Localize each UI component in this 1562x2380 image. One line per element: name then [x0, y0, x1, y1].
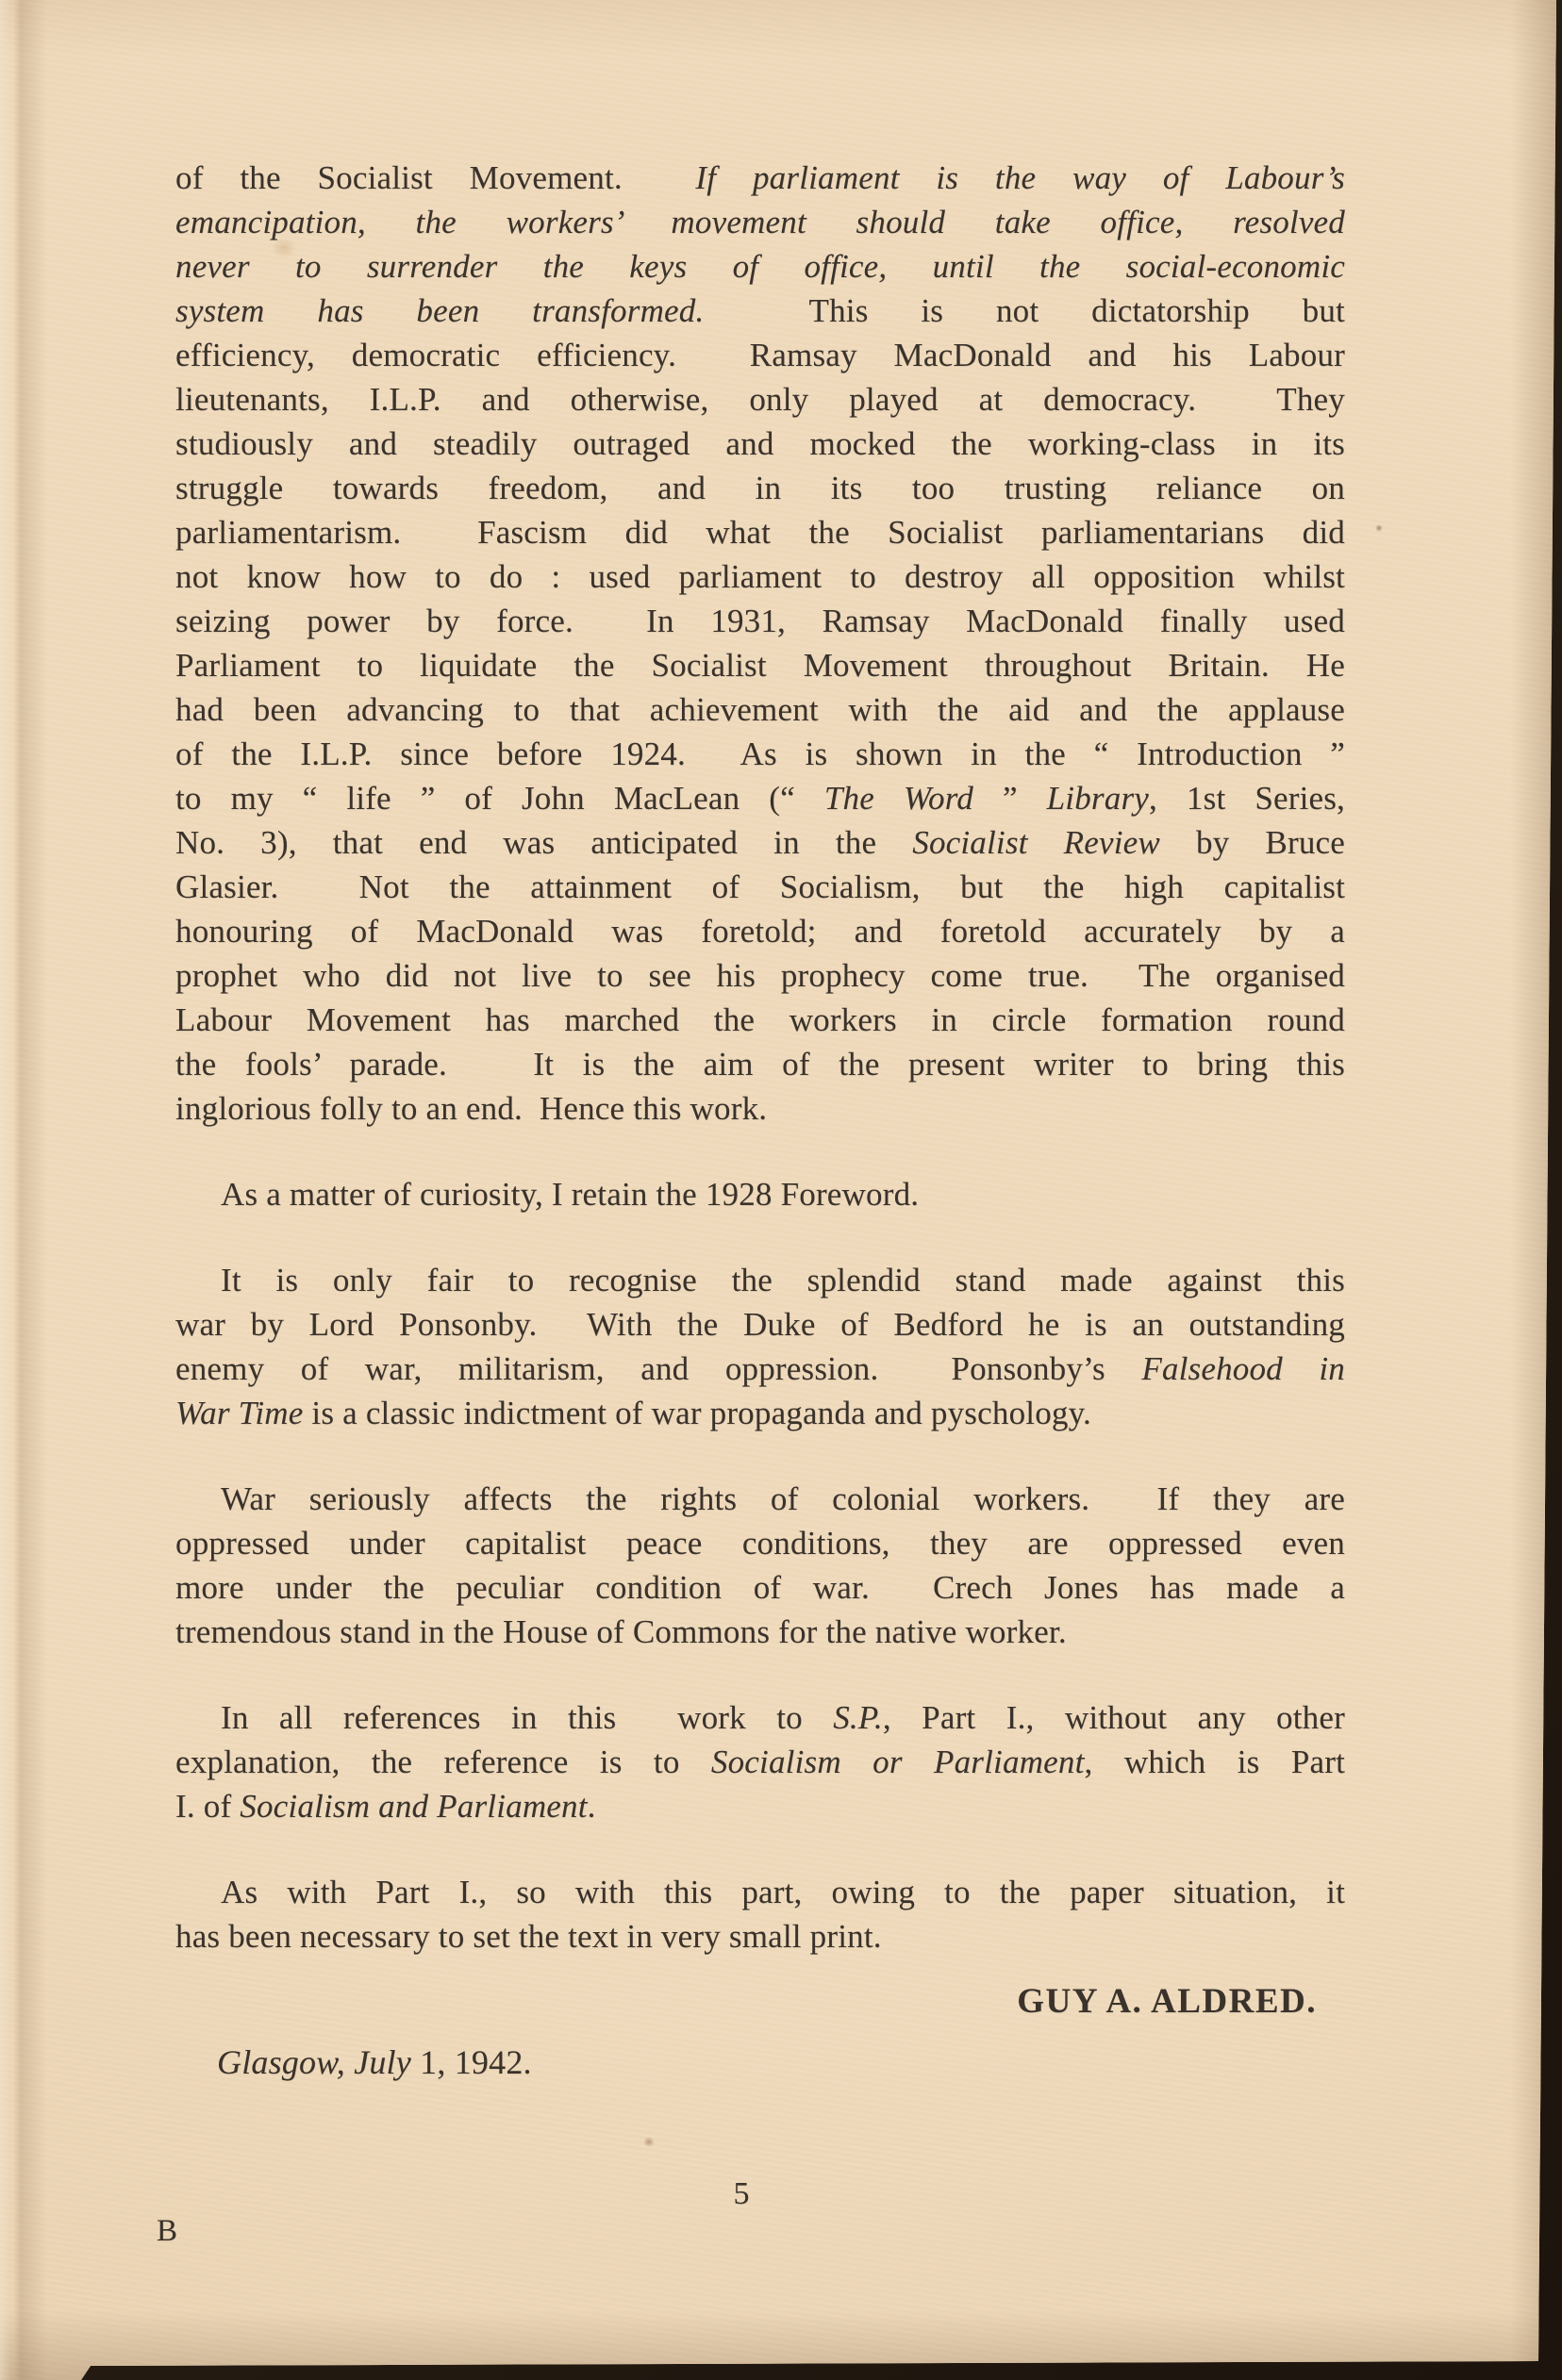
text-line: oppressed under capitalist peace conditi…: [175, 1521, 1345, 1565]
text-line: has been necessary to set the text in ve…: [175, 1914, 1345, 1959]
text-line: had been advancing to that achievement w…: [175, 687, 1345, 732]
paragraph: It is only fair to recognise the splendi…: [175, 1258, 1345, 1435]
text-line: system has been transformed. This is not…: [175, 289, 1345, 333]
paragraph: War seriously affects the rights of colo…: [175, 1477, 1345, 1654]
text-line: Labour Movement has marched the workers …: [175, 998, 1345, 1042]
text-line: Parliament to liquidate the Socialist Mo…: [175, 643, 1345, 687]
paragraph: As with Part I., so with this part, owin…: [175, 1870, 1345, 1959]
dateline: Glasgow, July 1, 1942.: [175, 2041, 1345, 2085]
page-number: 5: [175, 2176, 1307, 2212]
text-line: of the I.L.P. since before 1924. As is s…: [175, 732, 1345, 776]
text-line: As a matter of curiosity, I retain the 1…: [175, 1172, 1345, 1216]
paragraph: As a matter of curiosity, I retain the 1…: [175, 1172, 1345, 1216]
text-line: not know how to do : used parliament to …: [175, 554, 1345, 599]
text-line: As with Part I., so with this part, owin…: [175, 1870, 1345, 1914]
text-line: to my “ life ” of John MacLean (“ The Wo…: [175, 776, 1345, 820]
text-line: enemy of war, militarism, and oppression…: [175, 1347, 1345, 1391]
foxing-spot: [1375, 524, 1383, 532]
book-page: of the Socialist Movement. If parliament…: [0, 0, 1562, 2380]
scanner-background: of the Socialist Movement. If parliament…: [0, 0, 1562, 2380]
text-line: It is only fair to recognise the splendi…: [175, 1258, 1345, 1302]
text-line: War Time is a classic indictment of war …: [175, 1391, 1345, 1435]
text-line: war by Lord Ponsonby. With the Duke of B…: [175, 1302, 1345, 1347]
text-line: efficiency, democratic efficiency. Ramsa…: [175, 333, 1345, 377]
text-line: of the Socialist Movement. If parliament…: [175, 156, 1345, 200]
paragraph: of the Socialist Movement. If parliament…: [175, 156, 1345, 1131]
text-line: prophet who did not live to see his prop…: [175, 953, 1345, 998]
text-line: lieutenants, I.L.P. and otherwise, only …: [175, 377, 1345, 421]
text-line: the fools’ parade. It is the aim of the …: [175, 1042, 1345, 1086]
text-line: I. of Socialism and Parliament.: [175, 1784, 1345, 1828]
text-line: struggle towards freedom, and in its too…: [175, 466, 1345, 510]
text-line: parliamentarism. Fascism did what the So…: [175, 510, 1345, 554]
text-line: studiously and steadily outraged and moc…: [175, 421, 1345, 466]
foxing-spot: [643, 2137, 655, 2147]
foreword-paragraphs: of the Socialist Movement. If parliament…: [175, 156, 1345, 1959]
text-line: Glasier. Not the attainment of Socialism…: [175, 865, 1345, 909]
text-line: more under the peculiar condition of war…: [175, 1565, 1345, 1610]
text-line: emancipation, the workers’ movement shou…: [175, 200, 1345, 244]
text-line: No. 3), that end was anticipated in the …: [175, 820, 1345, 865]
text-line: inglorious folly to an end. Hence this w…: [175, 1086, 1345, 1131]
text-line: tremendous stand in the House of Commons…: [175, 1610, 1345, 1654]
text-line: War seriously affects the rights of colo…: [175, 1477, 1345, 1521]
text-line: honouring of MacDonald was foretold; and…: [175, 909, 1345, 953]
text-line: explanation, the reference is to Sociali…: [175, 1740, 1345, 1784]
text-line: In all references in this work to S.P., …: [175, 1695, 1345, 1740]
author-signature: GUY A. ALDRED.: [175, 1979, 1345, 2024]
text-line: never to surrender the keys of office, u…: [175, 244, 1345, 289]
paragraph: In all references in this work to S.P., …: [175, 1695, 1345, 1828]
text-line: seizing power by force. In 1931, Ramsay …: [175, 599, 1345, 643]
page-text: of the Socialist Movement. If parliament…: [175, 156, 1345, 2085]
printers-signature-mark: B: [157, 2214, 177, 2249]
